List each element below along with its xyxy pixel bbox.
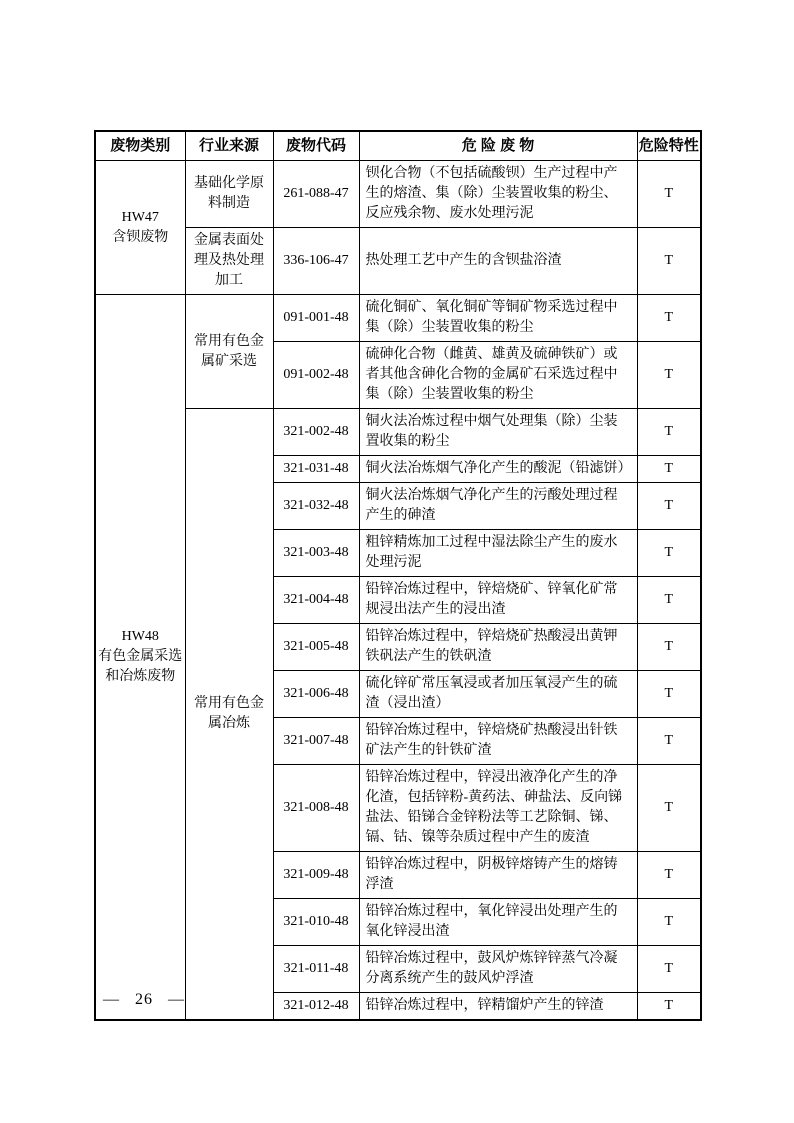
table-row: HW48 有色金属采选 和冶炼废物 常用有色金 属矿采选 091-001-48 … [95,295,701,342]
waste-code-cell: 321-031-48 [273,456,359,483]
hazard-property-cell: T [637,946,701,993]
waste-code-cell: 336-106-47 [273,228,359,295]
waste-description-cell: 粗锌精炼加工过程中湿法除尘产生的废水处理污泥 [359,530,637,577]
hazard-property-cell: T [637,577,701,624]
waste-description-cell: 铜火法冶炼过程中烟气处理集（除）尘装置收集的粉尘 [359,409,637,456]
hazard-property-cell: T [637,295,701,342]
industry-source-cell: 常用有色金 属冶炼 [185,409,273,1021]
waste-description-cell: 硫化铜矿、氧化铜矿等铜矿物采选过程中集（除）尘装置收集的粉尘 [359,295,637,342]
hazard-property-cell: T [637,765,701,852]
waste-category-cell: HW47 含钡废物 [95,161,185,295]
waste-description-cell: 铅锌冶炼过程中，锌精馏炉产生的锌渣 [359,993,637,1021]
waste-code-cell: 321-006-48 [273,671,359,718]
waste-description-cell: 硫化锌矿常压氧浸或者加压氧浸产生的硫渣（浸出渣） [359,671,637,718]
waste-description-cell: 铅锌冶炼过程中，阴极锌熔铸产生的熔铸浮渣 [359,852,637,899]
waste-description-cell: 热处理工艺中产生的含钡盐浴渣 [359,228,637,295]
waste-code-cell: 321-002-48 [273,409,359,456]
hazard-property-cell: T [637,993,701,1021]
industry-source-cell: 金属表面处 理及热处理 加工 [185,228,273,295]
waste-description-cell: 铜火法冶炼烟气净化产生的酸泥（铅滤饼） [359,456,637,483]
waste-code-cell: 321-005-48 [273,624,359,671]
header-hazardous-waste: 危 险 废 物 [359,131,637,161]
hazard-property-cell: T [637,671,701,718]
waste-code-cell: 321-011-48 [273,946,359,993]
industry-source-cell: 常用有色金 属矿采选 [185,295,273,409]
hazardous-waste-table: 废物类别 行业来源 废物代码 危 险 废 物 危险特性 HW47 含钡废物 基础… [94,130,702,1021]
header-waste-category: 废物类别 [95,131,185,161]
hazard-property-cell: T [637,718,701,765]
waste-code-cell: 321-008-48 [273,765,359,852]
waste-code-cell: 321-012-48 [273,993,359,1021]
table-header-row: 废物类别 行业来源 废物代码 危 险 废 物 危险特性 [95,131,701,161]
hazard-property-cell: T [637,852,701,899]
waste-description-cell: 钡化合物（不包括硫酸钡）生产过程中产生的熔渣、集（除）尘装置收集的粉尘、反应残余… [359,161,637,228]
waste-code-cell: 321-003-48 [273,530,359,577]
waste-description-cell: 铅锌冶炼过程中，鼓风炉炼锌锌蒸气冷凝分离系统产生的鼓风炉浮渣 [359,946,637,993]
waste-code-cell: 321-004-48 [273,577,359,624]
waste-description-cell: 铅锌冶炼过程中，锌浸出液净化产生的净化渣，包括锌粉-黄药法、砷盐法、反向锑盐法、… [359,765,637,852]
header-industry-source: 行业来源 [185,131,273,161]
document-page: 废物类别 行业来源 废物代码 危 险 废 物 危险特性 HW47 含钡废物 基础… [0,0,794,1123]
waste-description-cell: 铅锌冶炼过程中，锌焙烧矿、锌氧化矿常规浸出法产生的浸出渣 [359,577,637,624]
table-row: 常用有色金 属冶炼 321-002-48 铜火法冶炼过程中烟气处理集（除）尘装置… [95,409,701,456]
waste-description-cell: 铅锌冶炼过程中，锌焙烧矿热酸浸出针铁矿法产生的针铁矿渣 [359,718,637,765]
header-hazard-property: 危险特性 [637,131,701,161]
waste-description-cell: 铅锌冶炼过程中，锌焙烧矿热酸浸出黄钾铁矾法产生的铁矾渣 [359,624,637,671]
hazard-property-cell: T [637,409,701,456]
hazard-property-cell: T [637,228,701,295]
hazard-property-cell: T [637,530,701,577]
waste-code-cell: 091-001-48 [273,295,359,342]
hazard-property-cell: T [637,899,701,946]
table-row: HW47 含钡废物 基础化学原 料制造 261-088-47 钡化合物（不包括硫… [95,161,701,228]
waste-code-cell: 321-010-48 [273,899,359,946]
table-row: 金属表面处 理及热处理 加工 336-106-47 热处理工艺中产生的含钡盐浴渣… [95,228,701,295]
hazard-property-cell: T [637,483,701,530]
waste-description-cell: 铅锌冶炼过程中，氧化锌浸出处理产生的氧化锌浸出渣 [359,899,637,946]
hazard-property-cell: T [637,342,701,409]
waste-code-cell: 261-088-47 [273,161,359,228]
waste-code-cell: 091-002-48 [273,342,359,409]
waste-code-cell: 321-007-48 [273,718,359,765]
hazard-property-cell: T [637,456,701,483]
waste-description-cell: 硫砷化合物（雌黄、雄黄及硫砷铁矿）或者其他含砷化合物的金属矿石采选过程中集（除）… [359,342,637,409]
waste-code-cell: 321-009-48 [273,852,359,899]
hazard-property-cell: T [637,624,701,671]
page-number: — 26 — [103,991,185,1009]
header-waste-code: 废物代码 [273,131,359,161]
waste-description-cell: 铜火法冶炼烟气净化产生的污酸处理过程产生的砷渣 [359,483,637,530]
industry-source-cell: 基础化学原 料制造 [185,161,273,228]
waste-category-cell: HW48 有色金属采选 和冶炼废物 [95,295,185,1021]
hazard-property-cell: T [637,161,701,228]
waste-code-cell: 321-032-48 [273,483,359,530]
